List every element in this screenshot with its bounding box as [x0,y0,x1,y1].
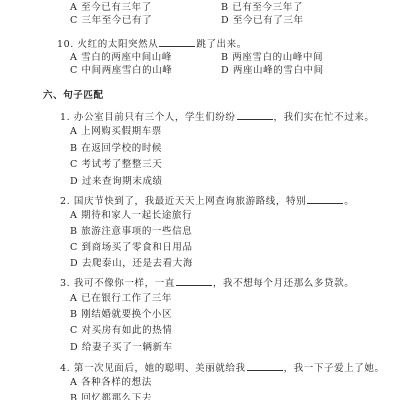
option-letter: D [70,342,78,353]
option-letter: B [70,143,78,154]
option-letter: A [70,126,77,137]
option-letter: A [70,293,77,304]
option-text: 至今已有了三年 [233,15,304,26]
question-text-before: 我可不像你一样，一直 [74,278,175,289]
option-text: 至今已有三年了 [81,2,152,13]
option-d: D 至今已有了三年 [221,15,304,27]
question-text-before: 第一次见面后，她的聪明、美丽就给我 [74,363,246,374]
option-letter: D [221,65,229,76]
option-text: 给妻子买了一辆新车 [82,342,173,353]
option-letter: C [70,325,78,336]
question-text-after: 跳了出来。 [196,39,247,50]
question-number: 2. [60,196,70,207]
answer-blank [237,110,273,120]
option-b: B 已有至今三年了 [221,2,303,14]
option-text: 到商场买了零食和日用品 [82,242,193,253]
question-3: 3. 我可不像你一样，一直，我不想每个月还那么多贷款。 [60,276,354,290]
exam-page: A 至今已有三年了 B 已有至今三年了 C 三年至今已有了 D 至今已有了三年 … [0,0,400,400]
option-text: 期待和家人一起长途旅行 [81,210,192,221]
section-title: 六、句子匹配 [43,90,104,102]
question-text-after: 。 [344,196,354,207]
question-number: 1. [60,112,70,123]
question-text-after: ，我们实在忙不过来。 [274,112,375,123]
option-c: C 中间两座雪白的山峰 [70,65,172,77]
question-10: 10. 火红的太阳突然从跳了出来。 [57,37,247,51]
question-1: 1. 办公室目前只有三个人，学生们纷纷，我们实在忙不过来。 [60,110,375,124]
question-number: 3. [60,278,70,289]
option-letter: B [221,2,229,13]
option-c: C 到商场买了零食和日用品 [70,242,193,254]
option-text: 刚结婚就要换个小区 [81,309,172,320]
question-text-before: 国庆节快到了，我最近天天上网查询旅游路线，特别 [74,196,306,207]
option-letter: A [70,210,77,221]
option-letter: A [70,2,77,13]
option-letter: C [70,242,78,253]
option-a: A 上网购买假期车票 [70,126,162,138]
question-text-before: 办公室目前只有三个人，学生们纷纷 [74,112,236,123]
option-text: 对买房有如此的热情 [82,325,173,336]
option-d: D 去爬泰山，还是去看大海 [70,258,193,270]
option-c: C 三年至今已有了 [70,15,152,27]
option-text: 在返回学校的时候 [81,143,162,154]
option-letter: C [70,15,78,26]
option-text: 三年至今已有了 [82,15,153,26]
option-b: B 两座雪白的山峰中间 [221,52,323,64]
option-text: 两座山峰的雪白中间 [233,65,324,76]
answer-blank [247,361,283,371]
option-d: D 过来查询期末成绩 [70,176,163,188]
option-b: B 回忆都那么下去 [70,393,152,400]
option-text: 已在银行工作了三年 [81,293,172,304]
option-text: 两座雪白的山峰中间 [232,52,323,63]
answer-blank [307,194,343,204]
question-2: 2. 国庆节快到了，我最近天天上网查询旅游路线，特别。 [60,194,354,208]
option-text: 上网购买假期车票 [81,126,162,137]
question-4: 4. 第一次见面后，她的聪明、美丽就给我，我一下子爱上了她。 [60,361,385,375]
option-d: D 两座山峰的雪白中间 [221,65,324,77]
option-text: 中间两座雪白的山峰 [82,65,173,76]
option-letter: B [221,52,229,63]
question-number: 4. [60,363,70,374]
option-letter: D [70,176,78,187]
option-a: A 已在银行工作了三年 [70,293,172,305]
option-text: 雪白的两座中间山峰 [81,52,172,63]
option-a: A 雪白的两座中间山峰 [70,52,172,64]
question-text-before: 火红的太阳突然从 [78,39,159,50]
option-letter: C [70,65,78,76]
answer-blank [159,37,195,47]
question-number: 10. [57,39,74,50]
option-a: A 各种各样的想法 [70,377,152,389]
option-a: A 期待和家人一起长途旅行 [70,210,192,222]
option-text: 各种各样的想法 [81,377,152,388]
option-b: B 刚结婚就要换个小区 [70,309,172,321]
option-text: 考试考了整整三天 [82,159,163,170]
answer-blank [176,276,212,286]
option-letter: D [70,258,78,269]
option-letter: B [70,226,78,237]
option-text: 过来查询期末成绩 [82,176,163,187]
option-b: B 在返回学校的时候 [70,143,162,155]
question-text-after: ，我一下子爱上了她。 [284,363,385,374]
option-text: 去爬泰山，还是去看大海 [82,258,193,269]
option-c: C 对买房有如此的热情 [70,325,172,337]
option-c: C 考试考了整整三天 [70,159,162,171]
option-letter: A [70,377,77,388]
option-text: 已有至今三年了 [232,2,303,13]
option-text: 回忆都那么下去 [81,393,152,400]
option-letter: B [70,309,78,320]
option-letter: A [70,52,77,63]
option-text: 旅游注意事项的一些信息 [81,226,192,237]
option-letter: D [221,15,229,26]
question-text-after: ，我不想每个月还那么多贷款。 [213,278,354,289]
option-d: D 给妻子买了一辆新车 [70,342,173,354]
option-a: A 至今已有三年了 [70,2,152,14]
option-letter: B [70,393,78,400]
option-b: B 旅游注意事项的一些信息 [70,226,192,238]
option-letter: C [70,159,78,170]
